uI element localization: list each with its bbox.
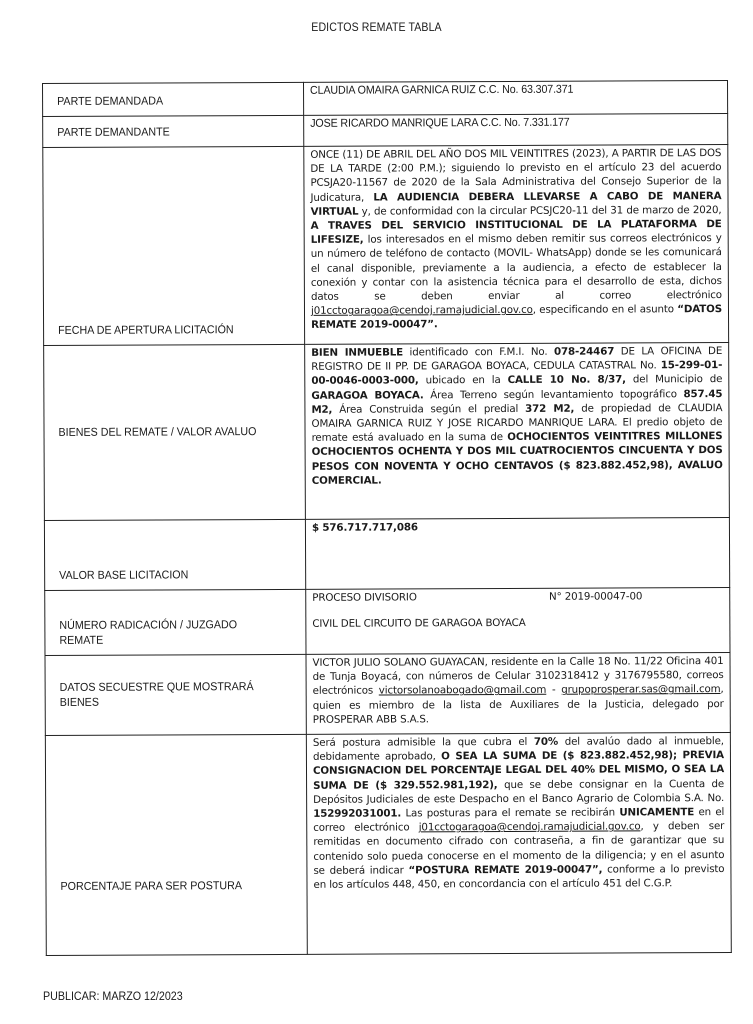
label-numero-radicacion: NÚMERO RADICACIÓN / JUZGADO REMATE [45, 589, 306, 655]
label-parte-demandante: PARTE DEMANDANTE [43, 115, 304, 147]
value-valor-base: $ 576.717.717,086 [305, 518, 729, 590]
proceso-number: N° 2019-00047-00 [549, 589, 642, 604]
table-row-bienes: BIENES DEL REMATE / VALOR AVALUO BIEN IN… [44, 343, 730, 521]
value-parte-demandante: JOSE RICARDO MANRIQUE LARA C.C. No. 7.33… [304, 114, 728, 147]
table-row-datos-secuestre: DATOS SECUESTRE QUE MOSTRARÁ BIENES VICT… [45, 653, 730, 736]
value-porcentaje: Será postura admisible la que cubra el 7… [306, 733, 731, 955]
table-row-porcentaje: PORCENTAJE PARA SER POSTURA Será postura… [45, 733, 731, 956]
table-row-numero-radicacion: NÚMERO RADICACIÓN / JUZGADO REMATE PROCE… [45, 588, 730, 656]
value-bienes: BIEN INMUEBLE identificado con F.M.I. No… [305, 343, 730, 520]
table-row-valor-base: VALOR BASE LICITACION $ 576.717.717,086 [44, 518, 729, 591]
value-numero-radicacion: PROCESO DIVISORIO N° 2019-00047-00 CIVIL… [306, 588, 730, 655]
label-datos-secuestre: DATOS SECUESTRE QUE MOSTRARÁ BIENES [45, 654, 306, 735]
label-valor-base: VALOR BASE LICITACION [44, 519, 305, 590]
publication-date: PUBLICAR: MARZO 12/2023 [43, 991, 183, 1003]
email-link[interactable]: victorsolanoabogado@gmail.com [379, 684, 547, 697]
value-fecha-apertura: ONCE (11) DE ABRIL DEL AÑO DOS MIL VEINT… [304, 145, 729, 345]
edict-table: PARTE DEMANDADA CLAUDIA OMAIRA GARNICA R… [42, 80, 732, 956]
email-link[interactable]: j01cctogaragoa@cendoj.ramajudicial.gov.c… [419, 821, 641, 834]
value-datos-secuestre: VICTOR JULIO SOLANO GUAYACAN, residente … [306, 653, 730, 735]
label-porcentaje: PORCENTAJE PARA SER POSTURA [45, 734, 307, 955]
table-row-parte-demandada: PARTE DEMANDADA CLAUDIA OMAIRA GARNICA R… [43, 81, 728, 117]
document-title: EDICTOS REMATE TABLA [30, 22, 723, 34]
value-parte-demandada: CLAUDIA OMAIRA GARNICA RUIZ C.C. No. 63.… [303, 81, 727, 116]
table-row-parte-demandante: PARTE DEMANDANTE JOSE RICARDO MANRIQUE L… [43, 114, 728, 148]
proceso-type: PROCESO DIVISORIO [312, 590, 417, 605]
label-bienes: BIENES DEL REMATE / VALOR AVALUO [44, 344, 306, 520]
label-fecha-apertura: FECHA DE APERTURA LICITACIÓN [43, 146, 305, 345]
email-link[interactable]: j01cctogaragoa@cendoj.ramajudicial.gov.c… [311, 304, 533, 317]
label-parte-demandada: PARTE DEMANDADA [43, 82, 304, 116]
table-row-fecha-apertura: FECHA DE APERTURA LICITACIÓN ONCE (11) D… [43, 145, 729, 346]
juzgado: CIVIL DEL CIRCUITO DE GARAGOA BOYACA [312, 615, 723, 631]
email-link[interactable]: grupoprosperar.sas@gmail.com [561, 683, 720, 696]
